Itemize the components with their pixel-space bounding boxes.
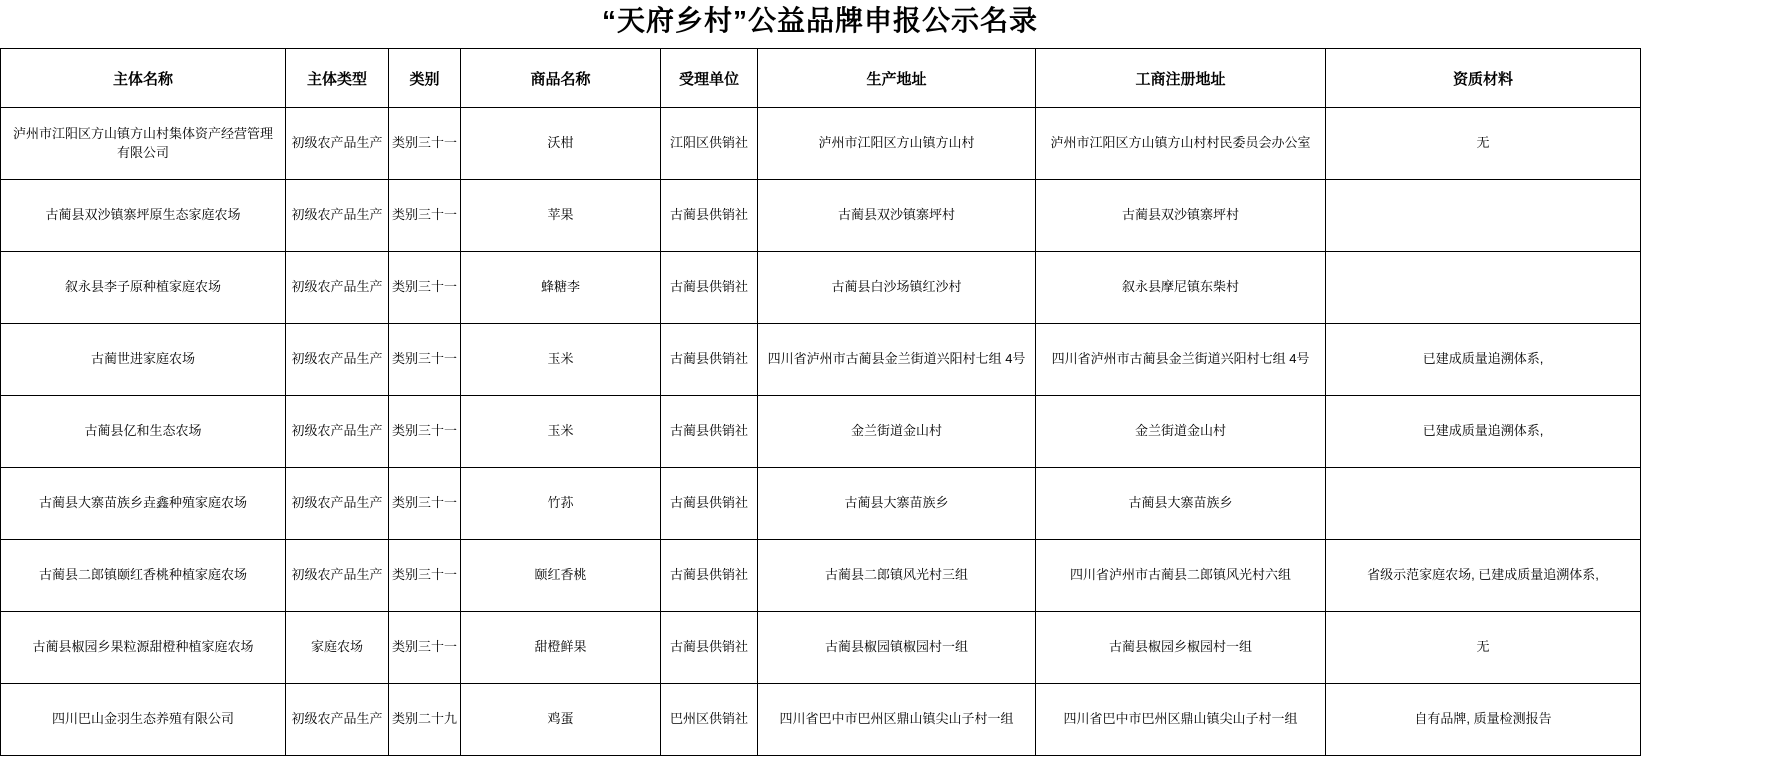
table-cell: 颐红香桃 [461,540,661,612]
table-cell: 泸州市江阳区方山镇方山村 [758,108,1036,180]
table-row: 古蔺县双沙镇寨坪原生态家庭农场初级农产品生产类别三十一苹果古蔺县供销社古蔺县双沙… [1,180,1641,252]
table-cell: 竹荪 [461,468,661,540]
table-row: 古蔺县亿和生态农场初级农产品生产类别三十一玉米古蔺县供销社金兰街道金山村金兰街道… [1,396,1641,468]
table-cell: 家庭农场 [286,612,389,684]
column-header-subject-name: 主体名称 [1,49,286,108]
table-cell: 蜂糖李 [461,252,661,324]
table-cell: 省级示范家庭农场, 已建成质量追溯体系, [1326,540,1641,612]
table-cell: 初级农产品生产 [286,396,389,468]
table-row: 四川巴山金羽生态养殖有限公司初级农产品生产类别二十九鸡蛋巴州区供销社四川省巴中市… [1,684,1641,756]
table-cell: 古蔺县大寨苗族乡 [1036,468,1326,540]
table-cell: 古蔺县双沙镇寨坪村 [1036,180,1326,252]
table-row: 古蔺世进家庭农场初级农产品生产类别三十一玉米古蔺县供销社四川省泸州市古蔺县金兰街… [1,324,1641,396]
brand-directory-table: 主体名称 主体类型 类别 商品名称 受理单位 生产地址 工商注册地址 资质材料 … [0,48,1641,756]
table-cell: 古蔺县亿和生态农场 [1,396,286,468]
table-header: 主体名称 主体类型 类别 商品名称 受理单位 生产地址 工商注册地址 资质材料 [1,49,1641,108]
column-header-product-name: 商品名称 [461,49,661,108]
page: “天府乡村”公益品牌申报公示名录 主体名称 主体类型 类别 商品名称 受理单位 … [0,0,1765,757]
table-cell: 自有品牌, 质量检测报告 [1326,684,1641,756]
table-cell: 沃柑 [461,108,661,180]
table-cell: 古蔺县供销社 [661,468,758,540]
table-cell: 类别三十一 [389,468,461,540]
table-cell: 初级农产品生产 [286,540,389,612]
table-cell: 叙永县李子原种植家庭农场 [1,252,286,324]
table-cell: 鸡蛋 [461,684,661,756]
table-cell: 巴州区供销社 [661,684,758,756]
table-cell: 叙永县摩尼镇东柴村 [1036,252,1326,324]
table-row: 叙永县李子原种植家庭农场初级农产品生产类别三十一蜂糖李古蔺县供销社古蔺县白沙场镇… [1,252,1641,324]
table-cell: 类别三十一 [389,180,461,252]
table-cell: 金兰街道金山村 [758,396,1036,468]
table-cell: 已建成质量追溯体系, [1326,324,1641,396]
table-cell: 泸州市江阳区方山镇方山村村民委员会办公室 [1036,108,1326,180]
table-cell: 古蔺县大寨苗族乡 [758,468,1036,540]
table-cell: 古蔺县双沙镇寨坪原生态家庭农场 [1,180,286,252]
table-row: 古蔺县大寨苗族乡垚鑫种殖家庭农场初级农产品生产类别三十一竹荪古蔺县供销社古蔺县大… [1,468,1641,540]
table-cell: 古蔺县二郎镇风光村三组 [758,540,1036,612]
table-cell: 类别二十九 [389,684,461,756]
table-cell: 古蔺县供销社 [661,252,758,324]
table-cell: 古蔺县椒园乡椒园村一组 [1036,612,1326,684]
table-cell: 类别三十一 [389,540,461,612]
table-cell: 类别三十一 [389,612,461,684]
table-cell: 古蔺县白沙场镇红沙村 [758,252,1036,324]
column-header-category: 类别 [389,49,461,108]
table-body: 泸州市江阳区方山镇方山村集体资产经营管理有限公司初级农产品生产类别三十一沃柑江阳… [1,108,1641,756]
column-header-registered-address: 工商注册地址 [1036,49,1326,108]
column-header-qualification-materials: 资质材料 [1326,49,1641,108]
table-cell: 四川省泸州市古蔺县金兰街道兴阳村七组 4号 [758,324,1036,396]
table-header-row: 主体名称 主体类型 类别 商品名称 受理单位 生产地址 工商注册地址 资质材料 [1,49,1641,108]
table-cell: 甜橙鲜果 [461,612,661,684]
table-row: 古蔺县椒园乡果粒源甜橙种植家庭农场家庭农场类别三十一甜橙鲜果古蔺县供销社古蔺县椒… [1,612,1641,684]
table-cell [1326,180,1641,252]
table-cell: 类别三十一 [389,252,461,324]
column-header-subject-type: 主体类型 [286,49,389,108]
table-cell: 四川省巴中市巴州区鼎山镇尖山子村一组 [758,684,1036,756]
table-row: 古蔺县二郎镇颐红香桃种植家庭农场初级农产品生产类别三十一颐红香桃古蔺县供销社古蔺… [1,540,1641,612]
table-cell: 四川巴山金羽生态养殖有限公司 [1,684,286,756]
table-cell: 初级农产品生产 [286,252,389,324]
table-cell: 金兰街道金山村 [1036,396,1326,468]
table-cell: 四川省巴中市巴州区鼎山镇尖山子村一组 [1036,684,1326,756]
table-cell: 玉米 [461,396,661,468]
table-cell: 无 [1326,612,1641,684]
table-cell: 初级农产品生产 [286,684,389,756]
table-cell: 江阳区供销社 [661,108,758,180]
table-row: 泸州市江阳区方山镇方山村集体资产经营管理有限公司初级农产品生产类别三十一沃柑江阳… [1,108,1641,180]
table-cell: 古蔺世进家庭农场 [1,324,286,396]
table-cell: 类别三十一 [389,324,461,396]
table-cell: 初级农产品生产 [286,324,389,396]
table-cell: 初级农产品生产 [286,108,389,180]
table-cell [1326,252,1641,324]
column-header-accepting-unit: 受理单位 [661,49,758,108]
table-cell: 古蔺县二郎镇颐红香桃种植家庭农场 [1,540,286,612]
table-cell: 四川省泸州市古蔺县金兰街道兴阳村七组 4号 [1036,324,1326,396]
table-cell: 类别三十一 [389,108,461,180]
table-cell: 初级农产品生产 [286,468,389,540]
table-cell: 古蔺县椒园乡果粒源甜橙种植家庭农场 [1,612,286,684]
table-cell: 古蔺县供销社 [661,180,758,252]
table-cell: 古蔺县供销社 [661,396,758,468]
table-cell [1326,468,1641,540]
page-title: “天府乡村”公益品牌申报公示名录 [0,0,1640,38]
table-cell: 四川省泸州市古蔺县二郎镇风光村六组 [1036,540,1326,612]
table-cell: 玉米 [461,324,661,396]
table-cell: 已建成质量追溯体系, [1326,396,1641,468]
table-cell: 古蔺县大寨苗族乡垚鑫种殖家庭农场 [1,468,286,540]
table-cell: 泸州市江阳区方山镇方山村集体资产经营管理有限公司 [1,108,286,180]
table-cell: 古蔺县双沙镇寨坪村 [758,180,1036,252]
table-cell: 古蔺县椒园镇椒园村一组 [758,612,1036,684]
table-cell: 苹果 [461,180,661,252]
table-cell: 类别三十一 [389,396,461,468]
table-cell: 古蔺县供销社 [661,324,758,396]
column-header-production-address: 生产地址 [758,49,1036,108]
table-cell: 无 [1326,108,1641,180]
table-cell: 古蔺县供销社 [661,540,758,612]
table-cell: 初级农产品生产 [286,180,389,252]
table-cell: 古蔺县供销社 [661,612,758,684]
